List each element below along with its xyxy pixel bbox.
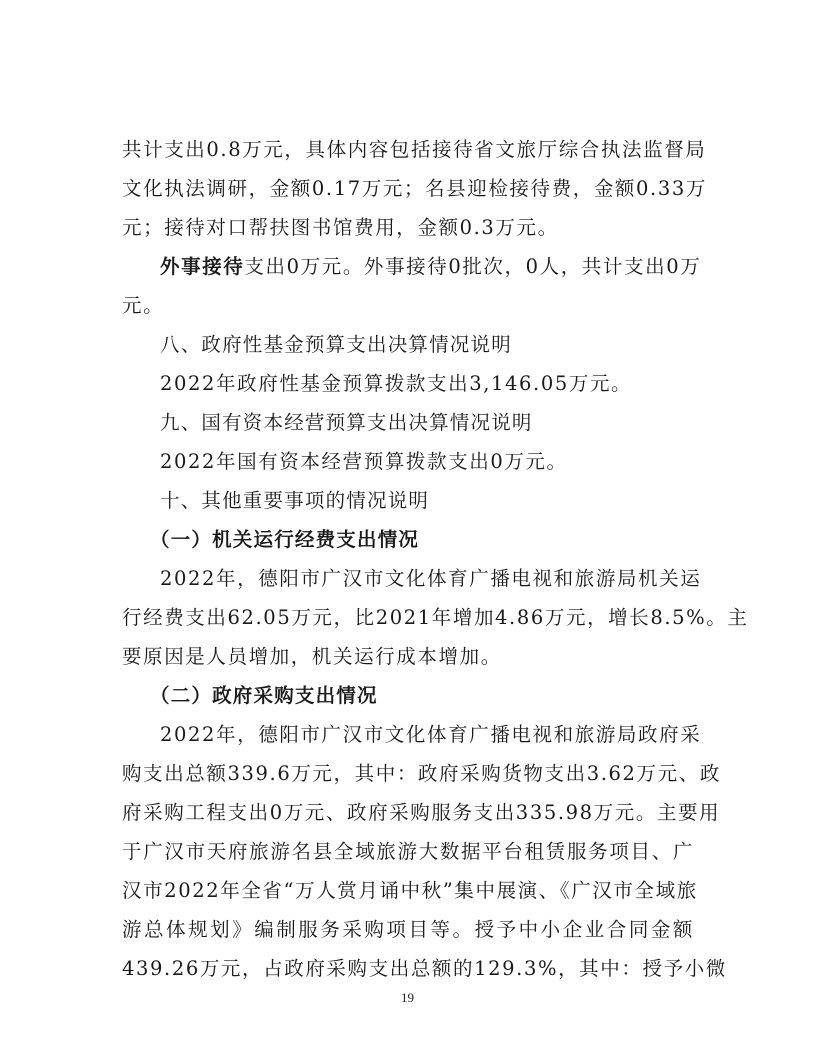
section-heading-8: 八、政府性基金预算支出决算情况说明 xyxy=(160,333,694,357)
document-page: 共计支出0.8万元，具体内容包括接待省文旅厅综合执法监督局 文化执法调研，金额0… xyxy=(0,0,815,1055)
paragraph-line: 2022年国有资本经营预算拨款支出0万元。 xyxy=(160,450,694,474)
subsection-heading-1: （一）机关运行经费支出情况 xyxy=(150,528,722,552)
paragraph-line: 2022年，德阳市广汉市文化体育广播电视和旅游局政府采 xyxy=(160,723,694,747)
paragraph-line: 元；接待对口帮扶图书馆费用，金额0.3万元。 xyxy=(122,216,694,240)
foreign-reception-label: 外事接待 xyxy=(160,255,244,278)
page-number: 19 xyxy=(0,990,815,1006)
paragraph-line: 游总体规划》编制服务采购项目等。授予中小企业合同金额 xyxy=(122,918,694,942)
paragraph-line: 汉市2022年全省“万人赏月诵中秋”集中展演、《广汉市全域旅 xyxy=(122,879,694,903)
subsection-heading-2: （二）政府采购支出情况 xyxy=(150,684,722,708)
paragraph-line: 439.26万元，占政府采购支出总额的129.3%，其中：授予小微 xyxy=(122,957,694,981)
foreign-reception-text: 支出0万元。外事接待0批次，0人，共计支出0万 xyxy=(244,255,701,278)
paragraph-line: 元。 xyxy=(122,294,694,318)
paragraph-line: 要原因是人员增加，机关运行成本增加。 xyxy=(122,645,694,669)
paragraph-line: 共计支出0.8万元，具体内容包括接待省文旅厅综合执法监督局 xyxy=(122,138,694,162)
paragraph-line: 行经费支出62.05万元，比2021年增加4.86万元，增长8.5%。主 xyxy=(122,606,694,630)
section-heading-9: 九、国有资本经营预算支出决算情况说明 xyxy=(160,411,694,435)
foreign-reception-paragraph: 外事接待支出0万元。外事接待0批次，0人，共计支出0万 xyxy=(160,255,694,279)
section-heading-10: 十、其他重要事项的情况说明 xyxy=(160,489,694,513)
paragraph-line: 于广汉市天府旅游名县全域旅游大数据平台租赁服务项目、广 xyxy=(122,840,694,864)
paragraph-line: 府采购工程支出0万元、政府采购服务支出335.98万元。主要用 xyxy=(122,801,694,825)
paragraph-line: 购支出总额339.6万元，其中：政府采购货物支出3.62万元、政 xyxy=(122,762,694,786)
paragraph-line: 文化执法调研，金额0.17万元；名县迎检接待费，金额0.33万 xyxy=(122,177,694,201)
paragraph-line: 2022年，德阳市广汉市文化体育广播电视和旅游局机关运 xyxy=(160,567,694,591)
paragraph-line: 2022年政府性基金预算拨款支出3,146.05万元。 xyxy=(160,372,694,396)
